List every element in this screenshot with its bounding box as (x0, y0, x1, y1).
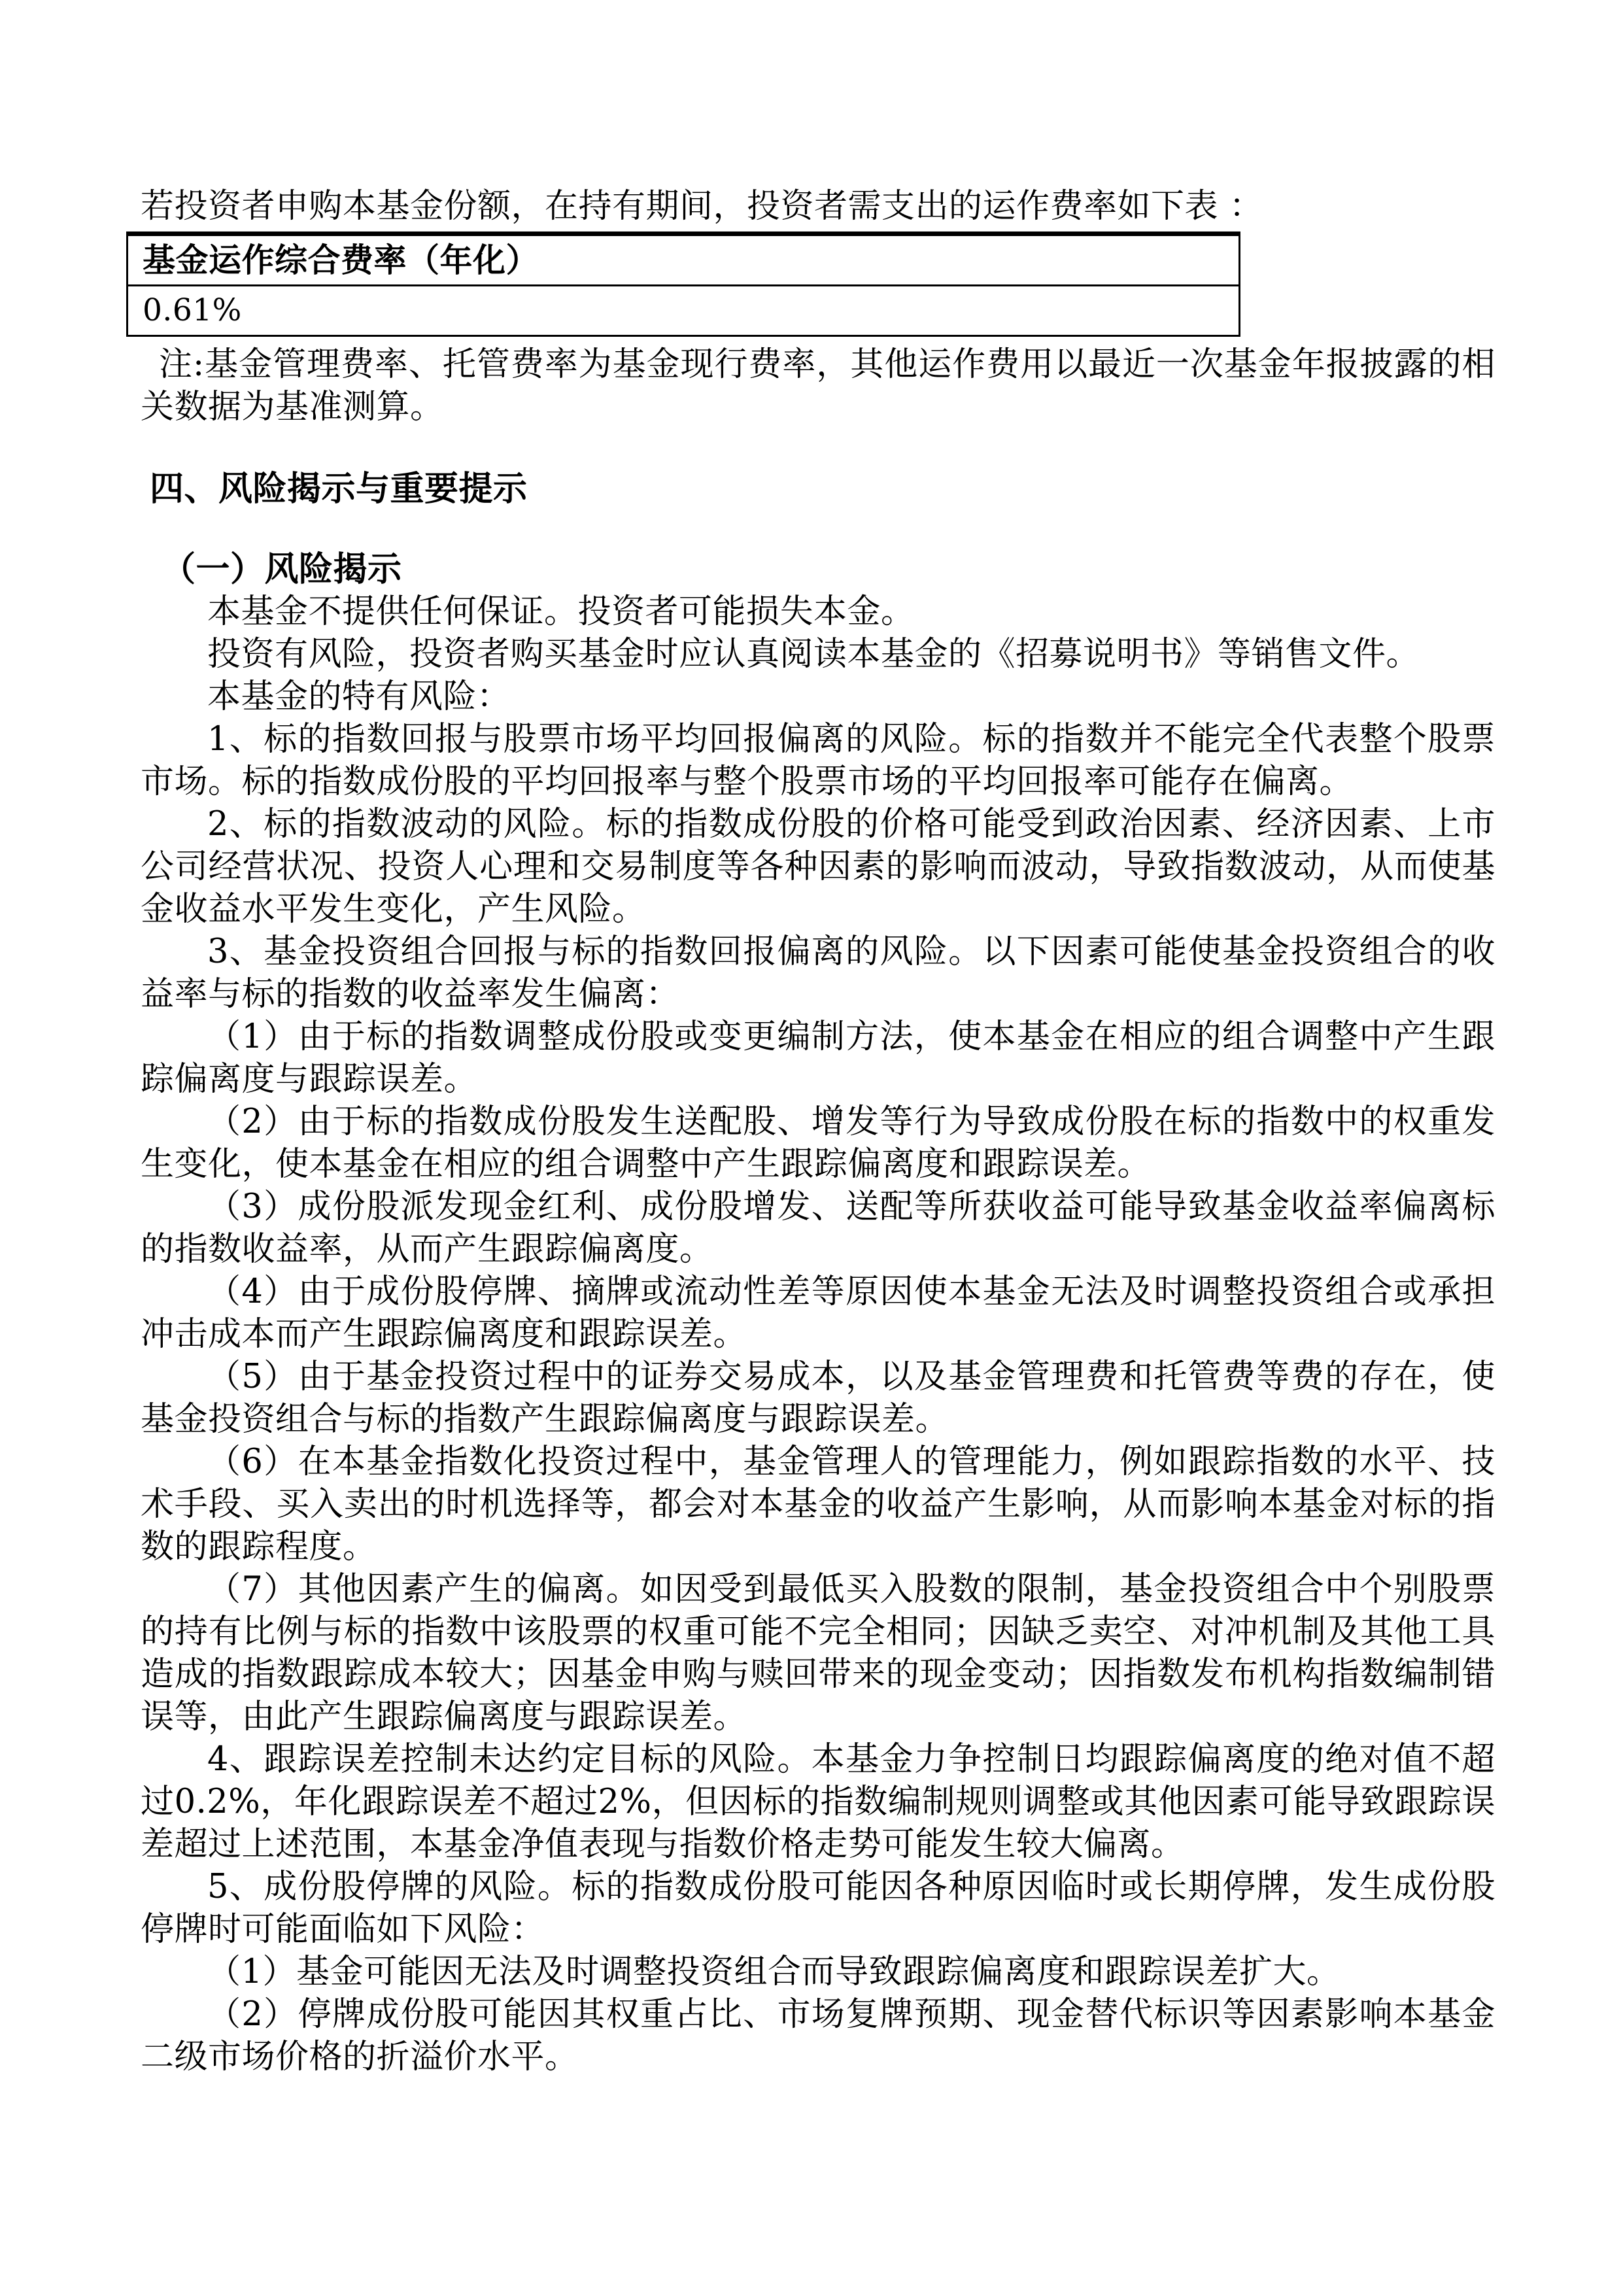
risk-paragraph: 本基金不提供任何保证。投资者可能损失本金。 (141, 591, 1495, 633)
document-page: 若投资者申购本基金份额，在持有期间，投资者需支出的运作费率如下表 ： 基金运作综… (0, 0, 1623, 2296)
risk-paragraph: （7）其他因素产生的偏离。如因受到最低买入股数的限制，基金投资组合中个别股票的持… (141, 1568, 1495, 1738)
risk-paragraph: 3、基金投资组合回报与标的指数回报偏离的风险。以下因素可能使基金投资组合的收益率… (141, 931, 1495, 1016)
risk-paragraph: （1）由于标的指数调整成份股或变更编制方法，使本基金在相应的组合调整中产生跟踪偏… (141, 1016, 1495, 1101)
risk-paragraph: （4）由于成份股停牌、摘牌或流动性差等原因使本基金无法及时调整投资组合或承担冲击… (141, 1271, 1495, 1356)
risk-paragraph: （2）停牌成份股可能因其权重占比、市场复牌预期、现金替代标识等因素影响本基金二级… (141, 1993, 1495, 2078)
risk-paragraph: 4、跟踪误差控制未达约定目标的风险。本基金力争控制日均跟踪偏离度的绝对值不超过0… (141, 1738, 1495, 1866)
risk-paragraph-list: 本基金不提供任何保证。投资者可能损失本金。投资有风险，投资者购买基金时应认真阅读… (141, 591, 1495, 2078)
risk-paragraph: （6）在本基金指数化投资过程中，基金管理人的管理能力，例如跟踪指数的水平、技术手… (141, 1441, 1495, 1568)
fee-table-value-row: 0.61% (128, 286, 1240, 336)
risk-paragraph: 1、标的指数回报与股票市场平均回报偏离的风险。标的指数并不能完全代表整个股票市场… (141, 718, 1495, 803)
fee-table-header-row: 基金运作综合费率（年化） (128, 234, 1240, 286)
fee-table-value-cell: 0.61% (128, 286, 1240, 336)
fee-table-header-cell: 基金运作综合费率（年化） (128, 234, 1240, 286)
risk-paragraph: 本基金的特有风险： (141, 676, 1495, 718)
risk-paragraph: （5）由于基金投资过程中的证券交易成本，以及基金管理费和托管费等费的存在，使基金… (141, 1356, 1495, 1441)
risk-paragraph: （3）成份股派发现金红利、成份股增发、送配等所获收益可能导致基金收益率偏离标的指… (141, 1186, 1495, 1271)
risk-paragraph: 5、成份股停牌的风险。标的指数成份股可能因各种原因临时或长期停牌，发生成份股停牌… (141, 1866, 1495, 1951)
risk-paragraph: 2、标的指数波动的风险。标的指数成份股的价格可能受到政治因素、经济因素、上市公司… (141, 803, 1495, 931)
fee-table: 基金运作综合费率（年化） 0.61% (126, 231, 1240, 337)
risk-paragraph: （1）基金可能因无法及时调整投资组合而导致跟踪偏离度和跟踪误差扩大。 (141, 1951, 1495, 1993)
subsection-heading-risk-disclosure: （一）风险揭示 (162, 548, 1495, 591)
section-heading-risk-disclosure: 四、风险揭示与重要提示 (150, 468, 1495, 510)
fee-table-note: 注:基金管理费率、托管费率为基金现行费率，其他运作费用以最近一次基金年报披露的相… (141, 343, 1495, 428)
intro-line: 若投资者申购本基金份额，在持有期间，投资者需支出的运作费率如下表 ： (141, 185, 1495, 228)
risk-paragraph: 投资有风险，投资者购买基金时应认真阅读本基金的《招募说明书》等销售文件。 (141, 633, 1495, 676)
risk-paragraph: （2）由于标的指数成份股发生送配股、增发等行为导致成份股在标的指数中的权重发生变… (141, 1101, 1495, 1186)
